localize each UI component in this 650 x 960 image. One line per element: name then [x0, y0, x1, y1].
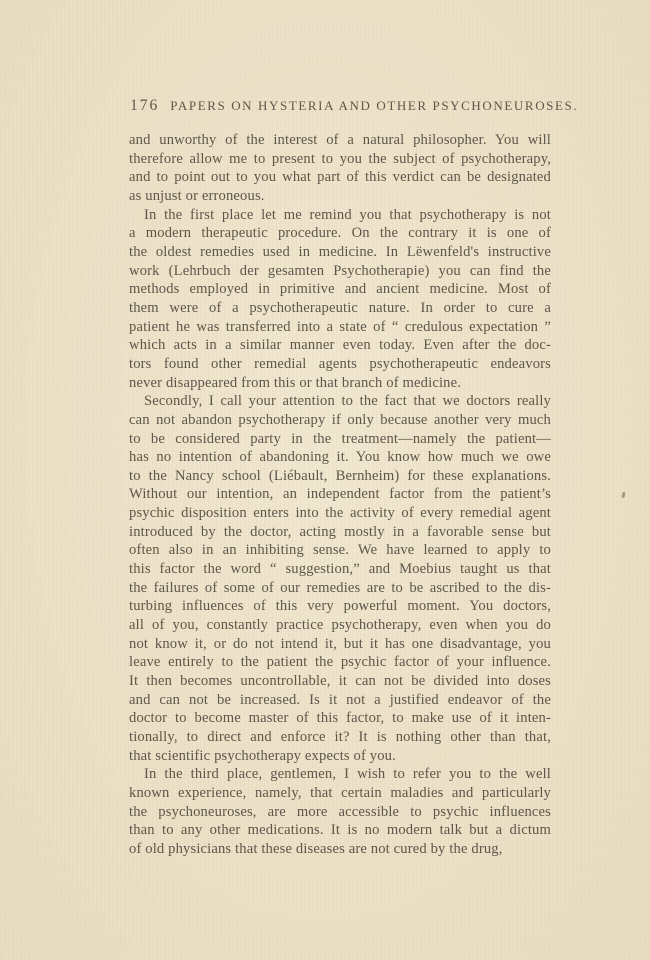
- page-body: and unworthy of the interest of a natura…: [129, 131, 551, 859]
- paper-speck: [621, 492, 625, 498]
- text-line: patient he was transferred into a state …: [129, 318, 551, 337]
- text-line: the psychoneuroses, are more accessible …: [129, 803, 551, 822]
- text-line: psychic disposition enters into the acti…: [129, 504, 551, 523]
- text-line: and unworthy of the interest of a natura…: [129, 131, 551, 150]
- text-line: as unjust or erroneous.: [129, 187, 551, 206]
- page-header: 176 PAPERS ON HYSTERIA AND OTHER PSYCHON…: [130, 97, 551, 115]
- running-title: PAPERS ON HYSTERIA AND OTHER PSYCHONEURO…: [170, 98, 578, 114]
- text-line: this factor the word “ suggestion,” and …: [129, 560, 551, 579]
- text-line: often also in an inhibiting sense. We ha…: [129, 541, 551, 560]
- text-line: that scientific psychotherapy expects of…: [129, 747, 551, 766]
- text-line: known experience, namely, that certain m…: [129, 784, 551, 803]
- text-line: not know it, or do not intend it, but it…: [129, 635, 551, 654]
- text-line: and to point out to you what part of thi…: [129, 168, 551, 187]
- paragraph: In the third place, gentlemen, I wish to…: [129, 765, 551, 858]
- text-line: methods employed in primitive and ancien…: [129, 280, 551, 299]
- paragraph: Secondly, I call your attention to the f…: [129, 392, 551, 765]
- text-line: to the Nancy school (Liébault, Bernheim)…: [129, 467, 551, 486]
- text-line: It then becomes uncontrollable, it can n…: [129, 672, 551, 691]
- text-line: Secondly, I call your attention to the f…: [129, 392, 551, 411]
- text-line: doctor to become master of this factor, …: [129, 709, 551, 728]
- text-line: which acts in a similar manner even toda…: [129, 336, 551, 355]
- book-page: 176 PAPERS ON HYSTERIA AND OTHER PSYCHON…: [0, 0, 650, 960]
- text-line: has no intention of abandoning it. You k…: [129, 448, 551, 467]
- text-line: introduced by the doctor, acting mostly …: [129, 523, 551, 542]
- text-line: all of you, constantly practice psychoth…: [129, 616, 551, 635]
- text-line: the failures of some of our remedies are…: [129, 579, 551, 598]
- paragraph: and unworthy of the interest of a natura…: [129, 131, 551, 206]
- text-line: and can not be increased. Is it not a ju…: [129, 691, 551, 710]
- paragraph: In the first place let me remind you tha…: [129, 206, 551, 393]
- text-line: never disappeared from this or that bran…: [129, 374, 551, 393]
- text-line: therefore allow me to present to you the…: [129, 150, 551, 169]
- text-line: a modern therapeutic procedure. On the c…: [129, 224, 551, 243]
- text-line: can not abandon psychotherapy if only be…: [129, 411, 551, 430]
- text-line: tionally, to direct and enforce it? It i…: [129, 728, 551, 747]
- text-line: the oldest remedies used in medicine. In…: [129, 243, 551, 262]
- text-line: tors found other remedial agents psychot…: [129, 355, 551, 374]
- text-line: Without our intention, an independent fa…: [129, 485, 551, 504]
- text-line: than to any other medications. It is no …: [129, 821, 551, 840]
- text-line: turbing influences of this very powerful…: [129, 597, 551, 616]
- text-line: them were of a psychotherapeutic nature.…: [129, 299, 551, 318]
- text-line: of old physicians that these diseases ar…: [129, 840, 551, 859]
- text-line: leave entirely to the patient the psychi…: [129, 653, 551, 672]
- text-line: work (Lehrbuch der gesamten Psychotherap…: [129, 262, 551, 281]
- text-line: In the first place let me remind you tha…: [129, 206, 551, 225]
- page-number: 176: [130, 97, 159, 115]
- text-line: In the third place, gentlemen, I wish to…: [129, 765, 551, 784]
- text-line: to be considered party in the treatment—…: [129, 430, 551, 449]
